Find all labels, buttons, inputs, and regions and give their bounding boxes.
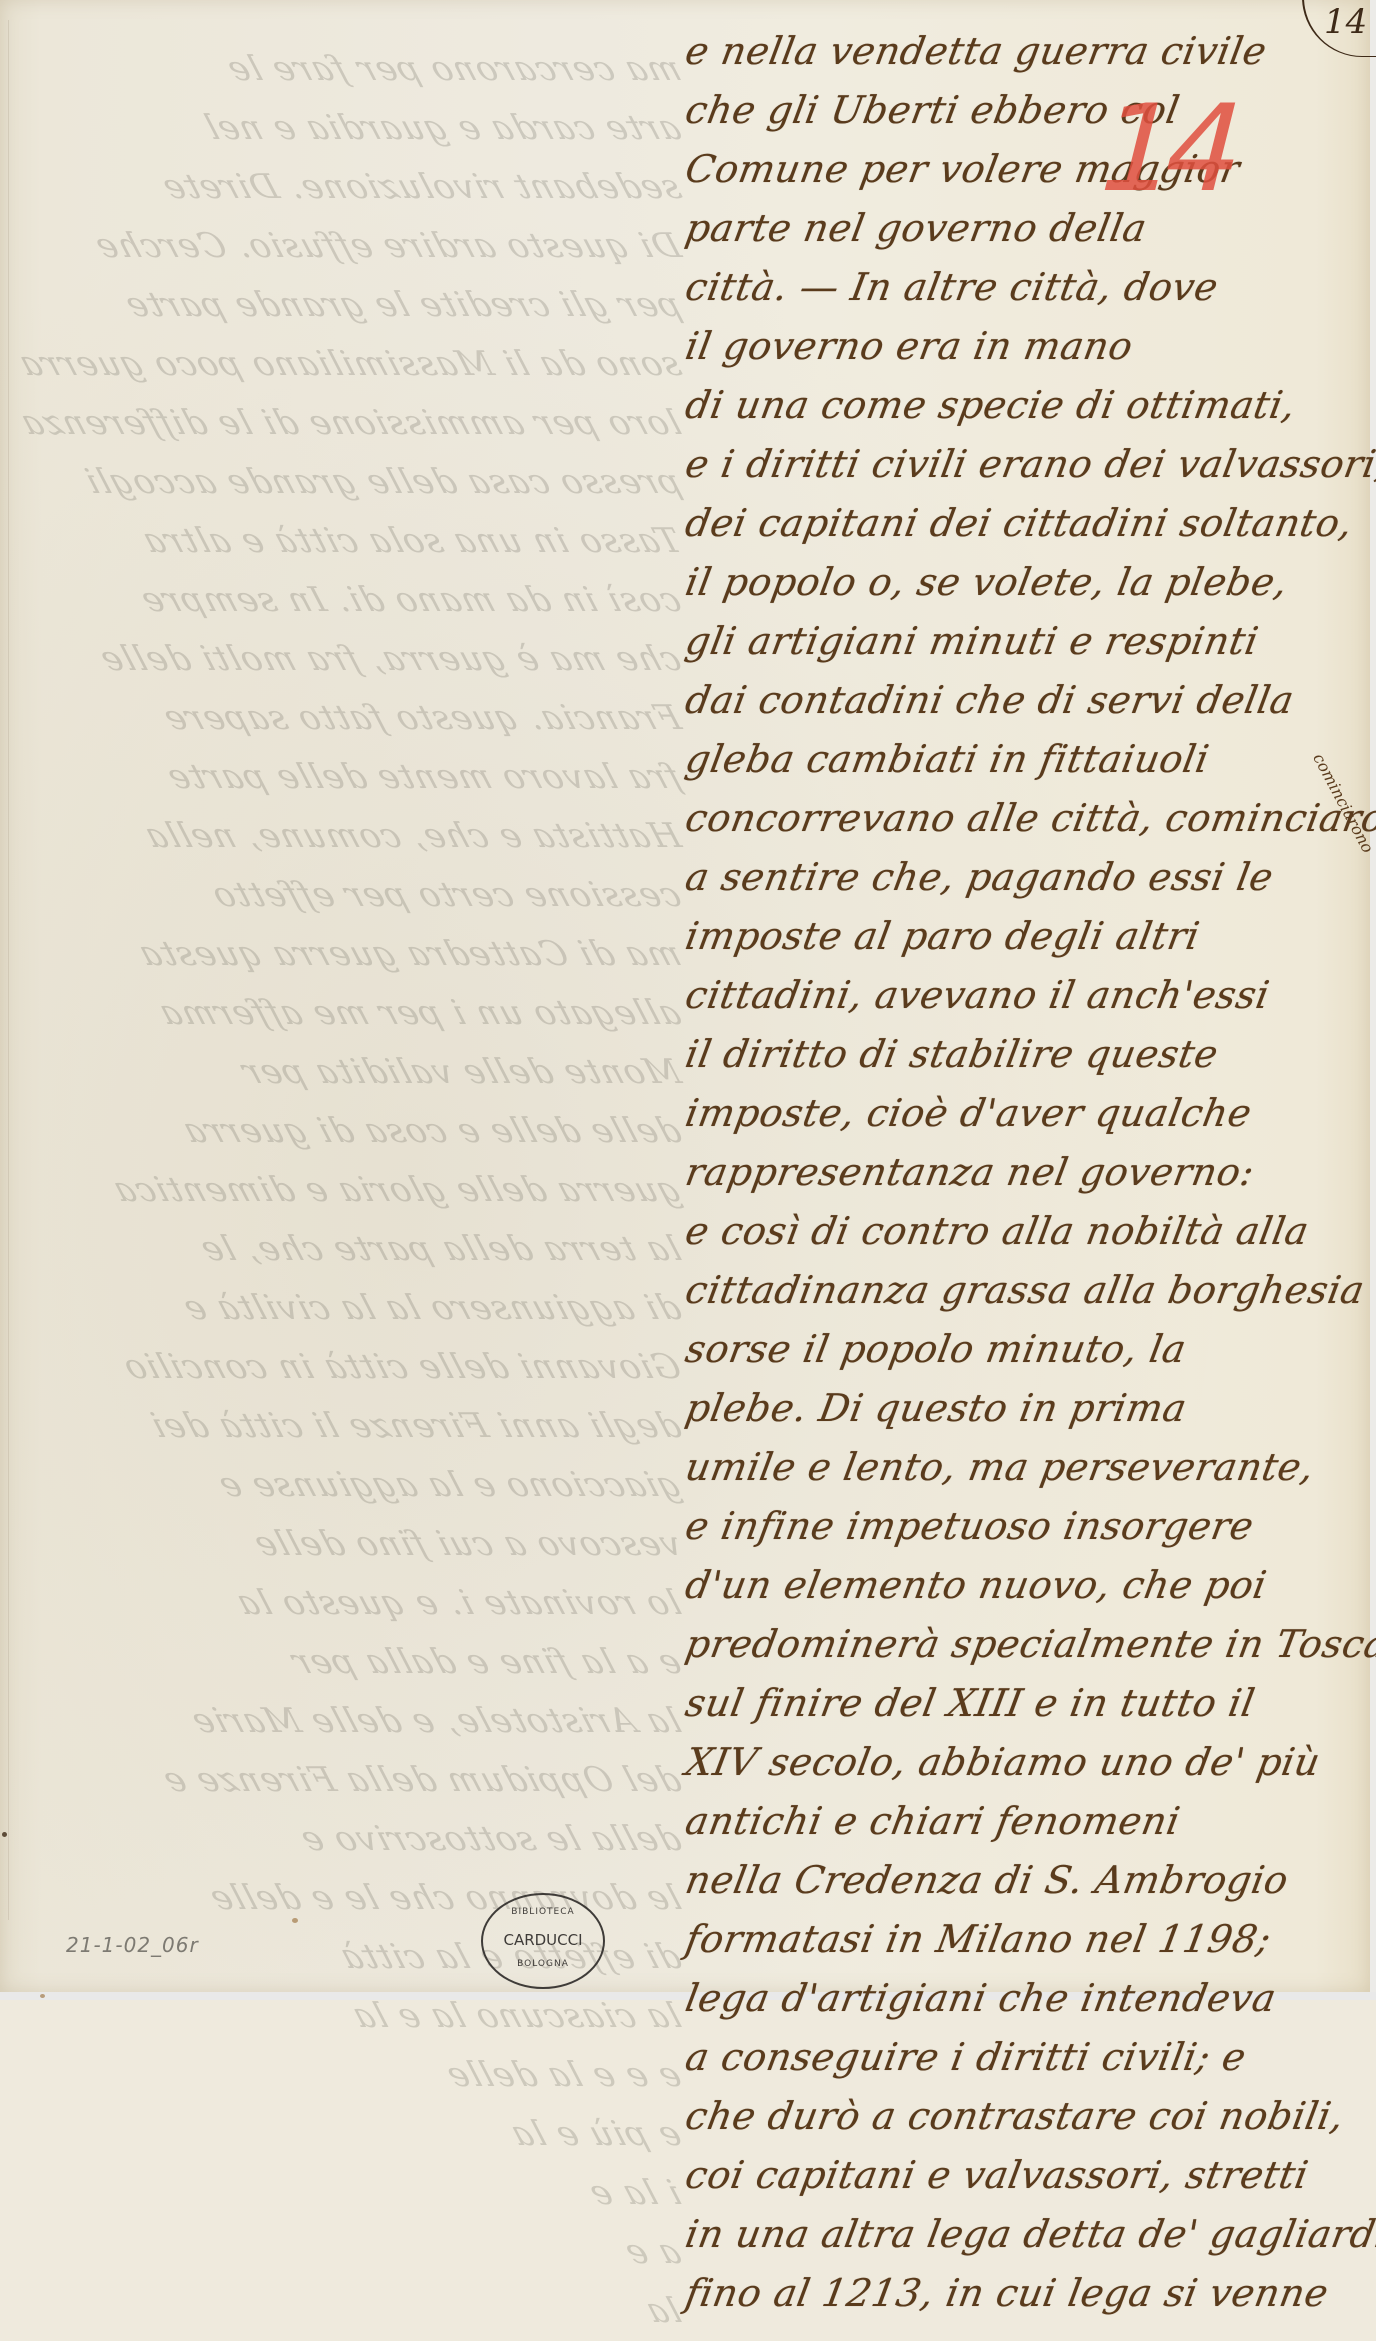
manuscript-line: di una come specie di ottimati,: [681, 376, 1376, 435]
manuscript-line: e nella vendetta guerra civile: [681, 22, 1376, 81]
manuscript-line: il popolo o, se volete, la plebe,: [681, 553, 1376, 612]
bleed-through-line: Giovanni delle città in concilio: [10, 1338, 689, 1397]
bleed-through-line: Di questo ardire effusio. Cerche: [10, 217, 689, 276]
manuscript-line: XIV secolo, abbiamo uno de' più: [681, 1733, 1376, 1792]
bleed-through-line: guerra delle gloria e dimentica: [10, 1161, 689, 1220]
bleed-through-line: sono da li Massimiliano poco guerra: [10, 335, 689, 394]
manuscript-line: gli artigiani minuti e respinti: [681, 612, 1376, 671]
folio-number-ink: 14: [1300, 2, 1376, 62]
foxing-spot: [292, 1918, 298, 1923]
manuscript-line: il diritto di stabilire queste: [681, 1025, 1376, 1084]
foxing-spot: [40, 1994, 45, 1998]
bleed-through-line: ma cercarono per fare le: [10, 40, 689, 99]
manuscript-line: nella Credenza di S. Ambrogio: [681, 1851, 1376, 1910]
manuscript-line: a sentire che, pagando essi le: [681, 848, 1376, 907]
manuscript-line: predominerà specialmente in Toscana: [681, 1615, 1376, 1674]
bleed-through-line: per gli credite le grande parte: [10, 276, 689, 335]
bleed-through-text: ma cercarono per fare learte carda e gua…: [20, 40, 680, 1940]
bleed-through-line: giacciono e la aggiunse e: [10, 1456, 689, 1515]
bleed-through-line: degli anni Firenze li città dei: [10, 1397, 689, 1456]
bleed-through-line: della le sottoscrivo e: [10, 1810, 689, 1869]
bleed-through-line: cessione certo per effetto: [10, 866, 689, 925]
bleed-through-line: arte carda e guardia e nel: [10, 99, 689, 158]
bleed-through-line: Francia. questo fatto sapere: [10, 689, 689, 748]
manuscript-text-column: e nella vendetta guerra civileche gli Ub…: [686, 22, 1376, 2000]
manuscript-line: d'un elemento nuovo, che poi: [681, 1556, 1376, 1615]
shelfmark: 21-1-02_06r: [66, 1933, 199, 1957]
manuscript-line: dei capitani dei cittadini soltanto,: [681, 494, 1376, 553]
bleed-through-line: che ma è guerra, fra molti delle: [10, 630, 689, 689]
manuscript-line: umile e lento, ma perseverante,: [681, 1438, 1376, 1497]
manuscript-line: Comune per volere maggior: [681, 140, 1376, 199]
bleed-through-line: la terra della parte che, le: [10, 1220, 689, 1279]
manuscript-line: e infine impetuoso insorgere: [681, 1497, 1376, 1556]
manuscript-line: imposte al paro degli altri: [681, 907, 1376, 966]
bleed-through-line: loro per ammissione di le differenza: [10, 394, 689, 453]
manuscript-line: il governo era in mano: [681, 317, 1376, 376]
bleed-through-line: Monte delle validita per: [10, 1043, 689, 1102]
stamp-top-text: BIBLIOTECA: [483, 1907, 603, 1917]
manuscript-line: e i diritti civili erano dei valvassori,: [681, 435, 1376, 494]
manuscript-line: plebe. Di questo in prima: [681, 1379, 1376, 1438]
manuscript-line: formatasi in Milano nel 1198;: [681, 1910, 1376, 1969]
manuscript-line: città. — In altre città, dove: [681, 258, 1376, 317]
bleed-through-line: così in da mano di. In sempre: [10, 571, 689, 630]
bleed-through-line: di aggiunsero la la civiltà e: [10, 1279, 689, 1338]
bleed-through-line: lo rovinate i. e questo la: [10, 1574, 689, 1633]
manuscript-line: cittadini, avevano il anch'essi: [681, 966, 1376, 1025]
manuscript-line: dai contadini che di servi della: [681, 671, 1376, 730]
library-stamp: BIBLIOTECA CARDUCCI BOLOGNA: [481, 1893, 605, 1989]
bleed-through-line: la Aristotele, e delle Marie: [10, 1692, 689, 1751]
manuscript-line: sorse il popolo minuto, la: [681, 1320, 1376, 1379]
bleed-through-line: ma di Cattedra guerra questa: [10, 925, 689, 984]
foxing-spot: [2, 1832, 7, 1837]
manuscript-line: lega d'artigiani che intendeva: [681, 1969, 1376, 2000]
stamp-center-text: CARDUCCI: [483, 1931, 603, 1949]
manuscript-line: concorrevano alle città, cominciarono: [681, 789, 1376, 848]
bleed-through-line: delle delle e cosa di guerra: [10, 1102, 689, 1161]
manuscript-line: rappresentanza nel governo:: [681, 1143, 1376, 1202]
manuscript-line: sul finire del XIII e in tutto il: [681, 1674, 1376, 1733]
stamp-bottom-text: BOLOGNA: [483, 1959, 603, 1969]
bleed-through-line: vescovo a cui fino delle: [10, 1515, 689, 1574]
bleed-through-line: sedebant rivoluzione. Direte: [10, 158, 689, 217]
manuscript-line: cittadinanza grassa alla borghesia: [681, 1261, 1376, 1320]
bleed-through-line: allegato un i per me afferma: [10, 984, 689, 1043]
manuscript-line: e così di contro alla nobiltà alla: [681, 1202, 1376, 1261]
folio-number-ink-text: 14: [1324, 2, 1367, 42]
manuscript-line: che gli Uberti ebbero col: [681, 81, 1376, 140]
bleed-through-line: del Oppidum della Firenze e: [10, 1751, 689, 1810]
manuscript-line: parte nel governo della: [681, 199, 1376, 258]
bleed-through-line: la ciascuno la e la: [10, 1987, 689, 2000]
manuscript-line: antichi e chiari fenomeni: [681, 1792, 1376, 1851]
bleed-through-line: e a la fine e dalla per: [10, 1633, 689, 1692]
bleed-through-line: Hattista e che, comune, nella: [10, 807, 689, 866]
manuscript-line: gleba cambiati in fittaiuoli: [681, 730, 1376, 789]
bleed-through-line: presso casa delle grande accogli: [10, 453, 689, 512]
bleed-through-line: Tasso in una sola città e altra: [10, 512, 689, 571]
manuscript-line: imposte, cioè d'aver qualche: [681, 1084, 1376, 1143]
sheet-fold-line: [8, 20, 9, 1920]
bleed-through-line: fra lavoro mente delle parte: [10, 748, 689, 807]
